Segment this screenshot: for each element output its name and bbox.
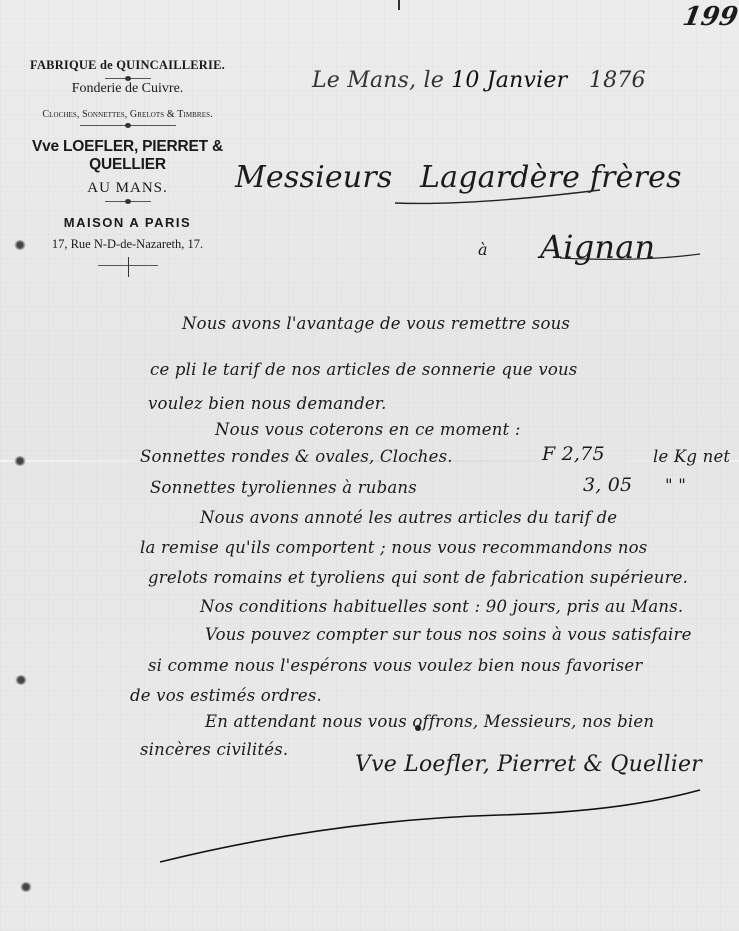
punch-hole (15, 675, 27, 685)
body-line: voulez bien nous demander. (148, 394, 387, 413)
body-line: Nous avons l'avantage de vous remettre s… (182, 314, 570, 333)
ornament-divider (80, 125, 176, 126)
price-item: Sonnettes tyroliennes à rubans (150, 478, 417, 497)
ornament-divider (105, 78, 151, 79)
letterhead-paris-house: MAISON A PARIS (10, 216, 245, 231)
letterhead-city: AU MANS. (10, 180, 245, 197)
destination-preposition: à (478, 240, 488, 259)
body-line: Nous avons annoté les autres articles du… (200, 508, 617, 527)
destination-town: Aignan (540, 228, 655, 266)
body-line: Nos conditions habituelles sont : 90 jou… (200, 597, 683, 616)
letterhead-company: Vve LOEFLER, PIERRET & QUELLIER (10, 138, 245, 174)
letterhead-trade: FABRIQUE de QUINCAILLERIE. (10, 58, 245, 72)
date-month: Janvier (487, 68, 568, 93)
body-line: si comme nous l'espérons vous voulez bie… (148, 656, 642, 675)
body-line: de vos estimés ordres. (130, 686, 322, 705)
price-unit: " " (665, 476, 686, 495)
punch-hole (14, 456, 26, 466)
date-place: Le Mans, le (312, 68, 444, 93)
letterhead: FABRIQUE de QUINCAILLERIE. Fonderie de C… (10, 58, 245, 266)
body-line: Vous pouvez compter sur tous nos soins à… (205, 625, 692, 644)
punch-hole (20, 882, 32, 892)
ornament-divider (105, 201, 151, 202)
letterhead-foundry: Fonderie de Cuivre. (10, 81, 245, 97)
page-number: 199 (680, 2, 739, 32)
date-line: Le Mans, le 10 Janvier 1876 (312, 68, 646, 93)
date-year: 1876 (589, 68, 646, 93)
body-line: Nous vous coterons en ce moment : (215, 420, 521, 439)
body-line: sincères civilités. (140, 740, 288, 759)
body-line: En attendant nous vous offrons, Messieur… (205, 712, 654, 731)
price-unit: le Kg net (653, 447, 730, 466)
recipient-name: Lagardère frères (420, 160, 682, 195)
signature: Vve Loefler, Pierret & Quellier (355, 752, 702, 777)
price-value: 3, 05 (583, 474, 632, 496)
body-line: grelots romains et tyroliens qui sont de… (148, 568, 688, 587)
price-item: Sonnettes rondes & ovales, Cloches. (140, 447, 453, 466)
price-value: F 2,75 (542, 443, 605, 465)
letterhead-products: Cloches, Sonnettes, Grelots & Timbres. (10, 109, 245, 121)
letterhead-paris-address: 17, Rue N-D-de-Nazareth, 17. (10, 237, 245, 251)
body-line: ce pli le tarif de nos articles de sonne… (150, 360, 577, 379)
date-day: 10 (451, 68, 479, 93)
salutation: Messieurs (235, 160, 392, 195)
body-line: la remise qu'ils comportent ; nous vous … (140, 538, 647, 557)
edge-mark (398, 0, 400, 10)
ornament-cross (98, 265, 158, 266)
